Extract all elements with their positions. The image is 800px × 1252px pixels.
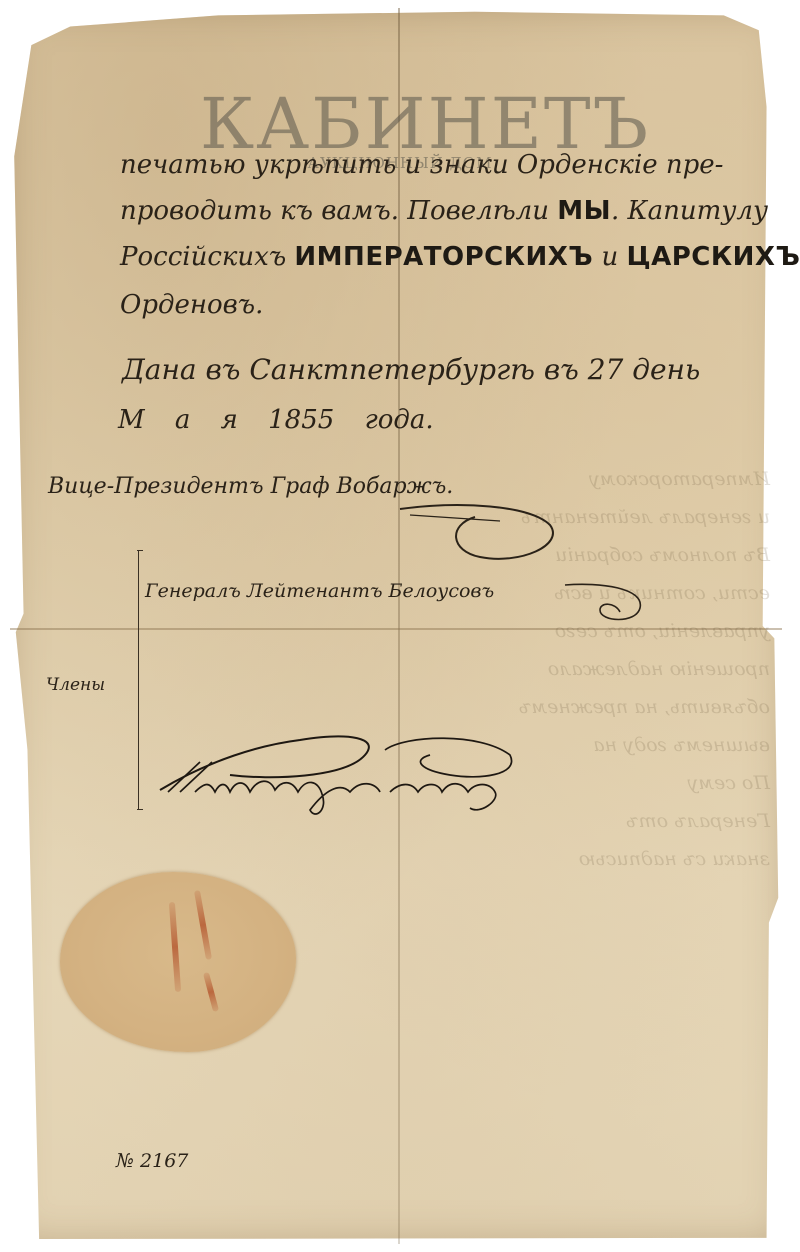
body-line-3-script-a: Россійскихъ xyxy=(120,242,294,272)
body-line-3-script-b: и xyxy=(593,242,626,272)
body-line-1: печатью укрѣпить и знаки Орденскіе пре- xyxy=(120,150,723,180)
vertical-fold-line xyxy=(398,8,400,1244)
general-signature: Генералъ Лейтенантъ Белоусовъ xyxy=(145,580,494,602)
body-line-4: Орденовъ. xyxy=(120,290,263,320)
registry-number-value: 2167 xyxy=(140,1150,188,1172)
bleed-line: прошенію надлежало xyxy=(440,650,770,688)
body-line-3: Россійскихъ ИМПЕРАТОРСКИХЪ и ЦАРСКИХЪ xyxy=(120,242,800,272)
date-year: 1855 xyxy=(268,405,334,435)
member-signature-icon xyxy=(150,720,530,830)
seal-stain xyxy=(194,890,212,960)
bleed-line: знаки съ надписью xyxy=(440,840,770,878)
body-line-2: проводить къ вамъ. Повелѣли МЫ. Капитулу xyxy=(120,196,768,226)
seal-stain xyxy=(169,902,181,992)
date-line-1: Дана въ Санктпетербургѣ въ 27 день xyxy=(122,353,700,386)
registry-number-label: № xyxy=(116,1150,134,1172)
vice-president-flourish-icon xyxy=(380,495,580,575)
date-suffix: года. xyxy=(365,405,434,435)
date-month: М а я xyxy=(118,405,238,435)
body-line-2-script: проводить къ вамъ. Повелѣли xyxy=(120,196,557,226)
body-line-3-bold-b: ЦАРСКИХЪ xyxy=(627,242,800,272)
date-line-2: М а я 1855 года. xyxy=(118,405,434,435)
body-line-2-end: . Капитулу xyxy=(611,196,768,226)
seal-stain xyxy=(203,972,219,1012)
registry-number: № 2167 xyxy=(116,1150,188,1172)
bleed-line: Императорскому xyxy=(440,460,770,498)
members-label: Члены xyxy=(46,675,105,695)
vice-president-label: Вице-Президентъ xyxy=(48,474,264,499)
general-flourish-icon xyxy=(560,580,650,630)
body-line-3-bold-a: ИМПЕРАТОРСКИХЪ xyxy=(294,242,593,272)
body-line-2-bold: МЫ xyxy=(557,196,611,226)
